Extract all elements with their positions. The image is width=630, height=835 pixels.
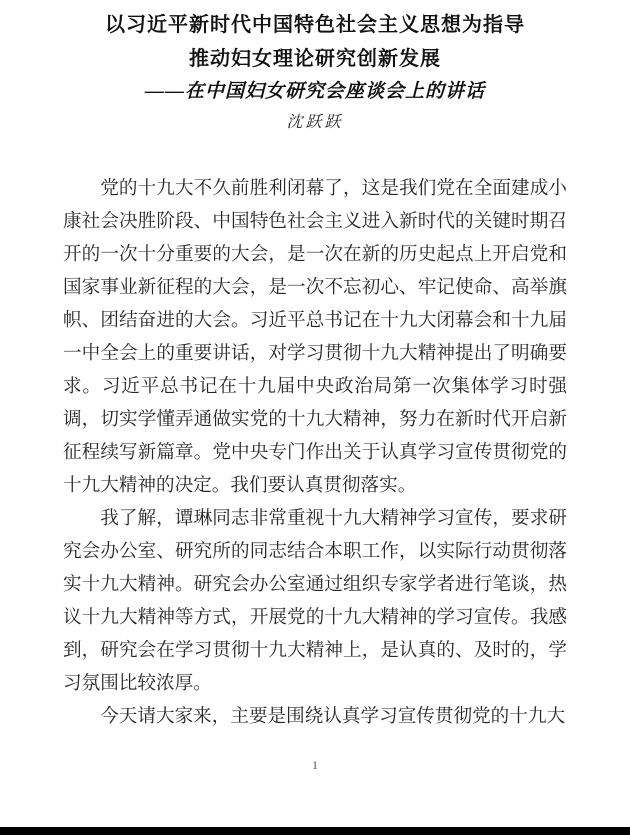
page-number: 1 xyxy=(0,758,630,773)
body-paragraph-2: 我了解，谭琳同志非常重视十九大精神学习宣传，要求研究会办公室、研究所的同志结合本… xyxy=(63,502,567,700)
page-bottom-edge-bar xyxy=(0,827,630,835)
document-body: 党的十九大不久前胜利闭幕了，这是我们党在全面建成小康社会决胜阶段、中国特色社会主… xyxy=(63,172,567,733)
document-title-line2: 推动妇女理论研究创新发展 xyxy=(0,42,630,76)
document-title-line1: 以习近平新时代中国特色社会主义思想为指导 xyxy=(0,8,630,42)
document-page: 以习近平新时代中国特色社会主义思想为指导 推动妇女理论研究创新发展 ——在中国妇… xyxy=(0,0,630,835)
document-author: 沈跃跃 xyxy=(0,108,630,138)
body-paragraph-1: 党的十九大不久前胜利闭幕了，这是我们党在全面建成小康社会决胜阶段、中国特色社会主… xyxy=(63,172,567,502)
body-paragraph-3: 今天请大家来，主要是围绕认真学习宣传贯彻党的十九大 xyxy=(63,700,567,733)
document-header: 以习近平新时代中国特色社会主义思想为指导 推动妇女理论研究创新发展 ——在中国妇… xyxy=(0,0,630,138)
document-subtitle: ——在中国妇女研究会座谈会上的讲话 xyxy=(0,76,630,108)
